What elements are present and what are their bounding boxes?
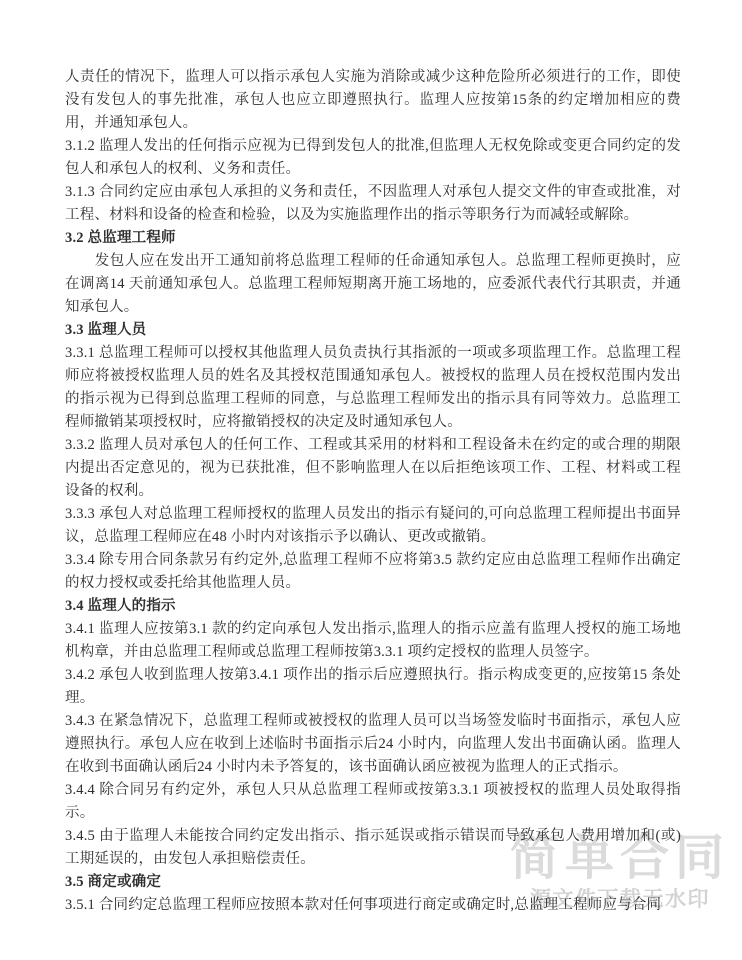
paragraph: 3.3.3 承包人对总监理工程师授权的监理人员发出的指示有疑问的,可向总监理工程… [65, 503, 681, 549]
paragraph: 3.4.4 除合同另有约定外，承包人只从总监理工程师或按第3.3.1 项被授权的… [65, 779, 681, 825]
section-heading: 3.3 监理人员 [65, 319, 681, 342]
section-heading: 3.5 商定或确定 [65, 871, 681, 894]
paragraph: 3.3.4 除专用合同条款另有约定外,总监理工程师不应将第3.5 款约定应由总监… [65, 549, 681, 595]
section-heading: 3.4 监理人的指示 [65, 595, 681, 618]
section-heading: 3.2 总监理工程师 [65, 227, 681, 250]
paragraph: 3.1.3 合同约定应由承包人承担的义务和责任，不因监理人对承包人提交文件的审查… [65, 181, 681, 227]
document-body: 人责任的情况下，监理人可以指示承包人实施为消除或减少这种危险所必须进行的工作，即… [65, 66, 681, 917]
document-page: 简单合同 源文件下载无水印 人责任的情况下，监理人可以指示承包人实施为消除或减少… [0, 0, 742, 960]
paragraph: 3.1.2 监理人发出的任何指示应视为已得到发包人的批准,但监理人无权免除或变更… [65, 135, 681, 181]
paragraph: 发包人应在发出开工通知前将总监理工程师的任命通知承包人。总监理工程师更换时，应在… [65, 250, 681, 319]
paragraph: 3.4.5 由于监理人未能按合同约定发出指示、指示延误或指示错误而导致承包人费用… [65, 825, 681, 871]
paragraph: 3.4.1 监理人应按第3.1 款的约定向承包人发出指示,监理人的指示应盖有监理… [65, 618, 681, 664]
paragraph: 3.3.2 监理人员对承包人的任何工作、工程或其采用的材料和工程设备未在约定的或… [65, 434, 681, 503]
paragraph: 人责任的情况下，监理人可以指示承包人实施为消除或减少这种危险所必须进行的工作，即… [65, 66, 681, 135]
paragraph: 3.3.1 总监理工程师可以授权其他监理人员负责执行其指派的一项或多项监理工作。… [65, 342, 681, 434]
paragraph: 3.4.3 在紧急情况下，总监理工程师或被授权的监理人员可以当场签发临时书面指示… [65, 710, 681, 779]
paragraph: 3.5.1 合同约定总监理工程师应按照本款对任何事项进行商定或确定时,总监理工程… [65, 894, 681, 917]
paragraph: 3.4.2 承包人收到监理人按第3.4.1 项作出的指示后应遵照执行。指示构成变… [65, 664, 681, 710]
